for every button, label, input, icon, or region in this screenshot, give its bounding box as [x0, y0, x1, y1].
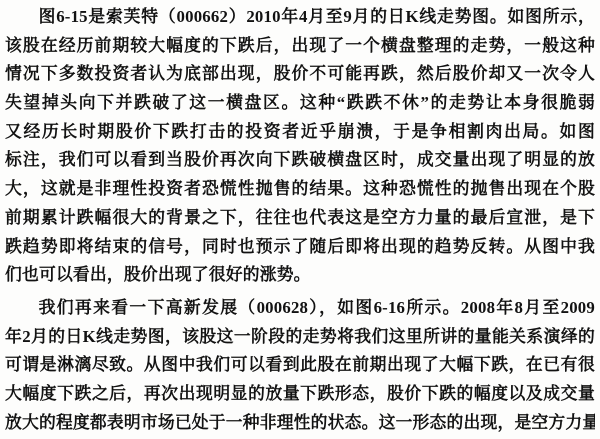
- text-line: 图6-15是索芙特（000662）2010年4月至9月的日K线走势图。如图所示，: [5, 3, 595, 32]
- text-line: 放大的程度都表明市场已处于一种非理性的状态。这一形态的出现，是空方力量: [5, 409, 595, 438]
- text-line: 们也可以看出，股价出现了很好的涨势。: [5, 261, 595, 290]
- text-line: 前期累计跌幅很大的背景之下，往往也代表这是空方力量的最后宣泄，是下: [5, 204, 595, 233]
- text-line: 大，这就是非理性投资者恐慌性抛售的结果。这种恐慌性的抛售出现在个股: [5, 175, 595, 204]
- text-line: 可谓是淋漓尽致。从图中我们可以看到此股在前期出现了大幅下跌，在已有很: [5, 351, 595, 380]
- text-line: 该股在经历前期较大幅度的下跌后，出现了一个横盘整理的走势，一般这种: [5, 32, 595, 61]
- text-line: 大幅度下跌之后，再次出现明显的放量下跌形态，股价下跌的幅度以及成交量: [5, 380, 595, 409]
- paragraph-2: 我们再来看一下高新发展（000628），如图6-16所示。2008年8月至200…: [5, 294, 595, 437]
- text-line: 标注，我们可以看到当股价再次向下跌破横盘区时，成交量出现了明显的放: [5, 146, 595, 175]
- paragraph-1: 图6-15是索芙特（000662）2010年4月至9月的日K线走势图。如图所示，…: [5, 3, 595, 290]
- text-line: 跌趋势即将结束的信号，同时也预示了随后即将出现的趋势反转。从图中我: [5, 233, 595, 262]
- text-line: 情况下多数投资者认为底部出现，股价不可能再跌，然后股价却又一次令人: [5, 60, 595, 89]
- text-line: 又经历长时期股价下跌打击的投资者近乎崩溃，于是争相割肉出局。如图: [5, 118, 595, 147]
- text-line: 年2月的日K线走势图，该股这一阶段的走势将我们这里所讲的量能关系演绎的: [5, 323, 595, 352]
- book-page: 图6-15是索芙特（000662）2010年4月至9月的日K线走势图。如图所示，…: [0, 0, 600, 439]
- text-line: 失望掉头向下并跌破了这一横盘区。这种“跌跌不休”的走势让本身很脆弱: [5, 89, 595, 118]
- text-line: 我们再来看一下高新发展（000628），如图6-16所示。2008年8月至200…: [5, 294, 595, 323]
